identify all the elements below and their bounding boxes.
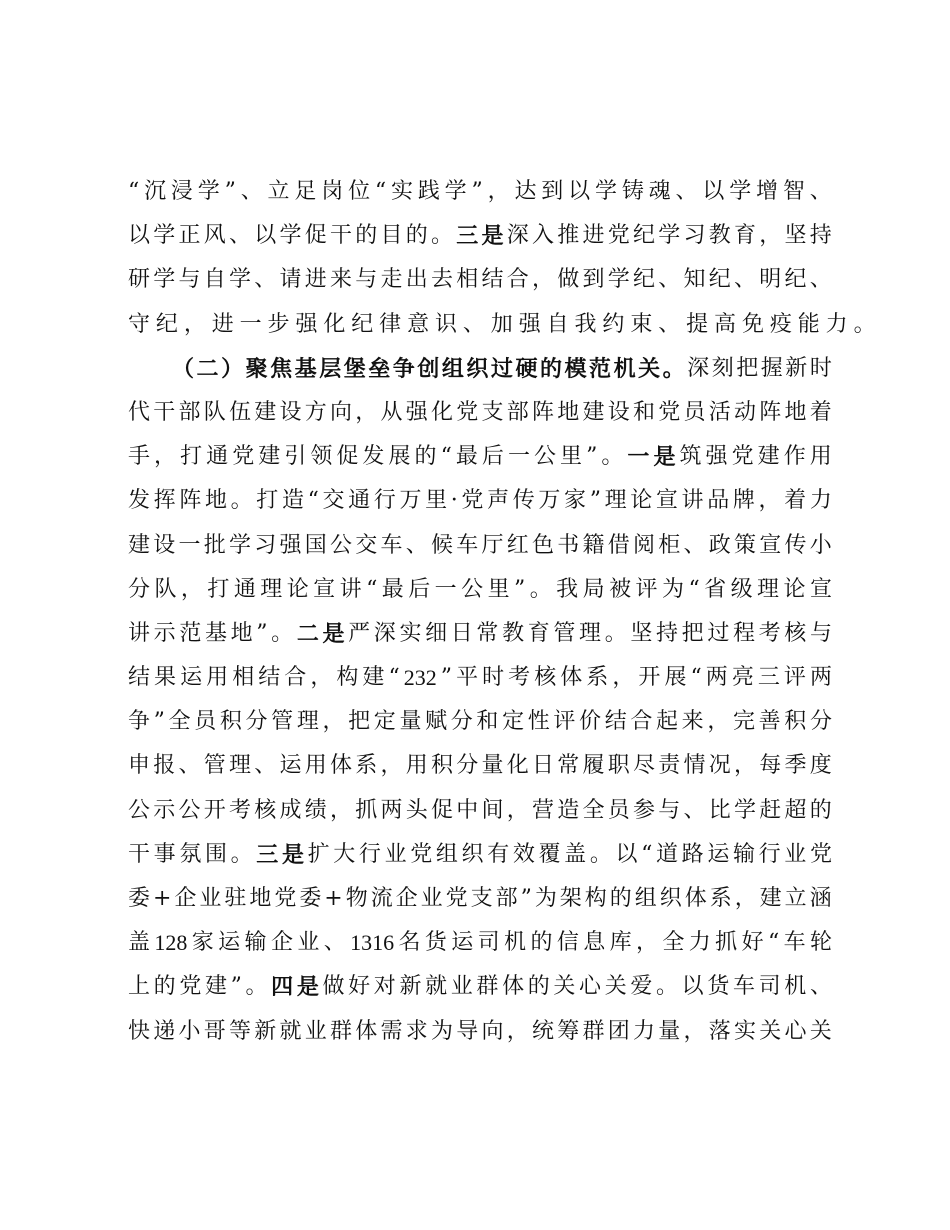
text-char: 公 bbox=[534, 435, 556, 479]
text-char: 体 bbox=[330, 744, 352, 788]
text-char: 家 bbox=[192, 921, 214, 965]
text-char: 128 bbox=[154, 921, 187, 965]
text-char: 里 bbox=[560, 435, 582, 479]
text-char: 以 bbox=[568, 170, 590, 214]
bold-text: 是 bbox=[482, 214, 504, 258]
text-char: 用 bbox=[810, 435, 832, 479]
text-char: 体 bbox=[685, 877, 707, 921]
bold-text: 争 bbox=[393, 347, 415, 391]
text-char: 积 bbox=[784, 700, 806, 744]
text-char: ， bbox=[507, 789, 529, 833]
text-char: ， bbox=[330, 789, 352, 833]
text-char: 约 bbox=[602, 303, 630, 347]
text-char: 万 bbox=[399, 479, 421, 523]
text-char: 运 bbox=[280, 744, 302, 788]
text-char: 业 bbox=[385, 833, 407, 877]
text-char: 量 bbox=[658, 1010, 680, 1054]
text-char: 量 bbox=[399, 700, 421, 744]
text-char: 建 bbox=[760, 877, 782, 921]
text-char: 一 bbox=[240, 303, 268, 347]
text-char: ， bbox=[184, 303, 212, 347]
text-char: 季 bbox=[785, 744, 807, 788]
text-char: 强 bbox=[295, 303, 323, 347]
text-char: 覆 bbox=[539, 833, 561, 877]
text-char: 疫 bbox=[770, 303, 798, 347]
text-line: 手，打通党建引领促发展的“最后一公里”。一是筑强党建作用 bbox=[128, 435, 832, 479]
text-char: 增 bbox=[756, 170, 778, 214]
text-char: 入 bbox=[532, 214, 554, 258]
text-char: 运 bbox=[707, 833, 729, 877]
text-char: 设 bbox=[280, 391, 302, 435]
text-char: 讲 bbox=[128, 612, 150, 656]
text-char: 。 bbox=[854, 303, 882, 347]
text-char: 通 bbox=[234, 568, 256, 612]
text-char: 织 bbox=[660, 877, 682, 921]
text-char: 促 bbox=[431, 789, 453, 833]
text-char: 伍 bbox=[229, 391, 251, 435]
text-char: 后 bbox=[408, 568, 430, 612]
text-char: 我 bbox=[556, 568, 578, 612]
text-char: 价 bbox=[579, 700, 601, 744]
text-char: 借 bbox=[608, 524, 630, 568]
text-char: 中 bbox=[456, 789, 478, 833]
text-char: 的 bbox=[355, 214, 377, 258]
text-char: 心 bbox=[785, 1010, 807, 1054]
text-char: 的 bbox=[154, 965, 176, 1009]
text-char: 群 bbox=[476, 965, 498, 1009]
text-char: 相 bbox=[232, 656, 254, 700]
text-char: 责 bbox=[658, 744, 680, 788]
text-char: 。 bbox=[231, 479, 253, 523]
text-char: ” bbox=[231, 965, 242, 1009]
text-char: 自 bbox=[547, 303, 575, 347]
text-char: 与 bbox=[355, 258, 377, 302]
text-char: 两 bbox=[706, 656, 728, 700]
text-char: 定 bbox=[374, 700, 396, 744]
text-char: 管 bbox=[553, 612, 575, 656]
text-char: 成 bbox=[280, 789, 302, 833]
bold-text: （ bbox=[172, 347, 194, 391]
text-char: 活 bbox=[709, 391, 731, 435]
bold-text: 垒 bbox=[368, 347, 390, 391]
text-char: 车 bbox=[456, 524, 478, 568]
text-char: 党 bbox=[179, 965, 201, 1009]
text-char: 政 bbox=[709, 524, 731, 568]
text-line: 研学与自学、请进来与走出去相结合，做到学纪、知纪、明纪、 bbox=[128, 258, 832, 302]
text-char: 积 bbox=[220, 700, 242, 744]
text-char: 赋 bbox=[425, 700, 447, 744]
text-char: 的 bbox=[415, 435, 437, 479]
text-char: 论 bbox=[783, 568, 805, 612]
text-char: 结 bbox=[605, 700, 627, 744]
text-char: 就 bbox=[280, 1010, 302, 1054]
text-char: 参 bbox=[633, 789, 655, 833]
text-char: 后 bbox=[482, 435, 504, 479]
bold-text: ） bbox=[221, 347, 243, 391]
text-char: 促 bbox=[305, 214, 327, 258]
text-char: 持 bbox=[656, 612, 678, 656]
text-char: ， bbox=[735, 877, 757, 921]
text-char: 。 bbox=[605, 612, 627, 656]
text-char: 支 bbox=[471, 877, 493, 921]
text-char: 。 bbox=[530, 568, 552, 612]
text-char: 和 bbox=[633, 391, 655, 435]
text-char: 、 bbox=[810, 258, 832, 302]
text-char: 把 bbox=[736, 347, 758, 391]
text-char: 着 bbox=[784, 479, 806, 523]
text-char: 意 bbox=[407, 303, 435, 347]
text-char: 促 bbox=[336, 435, 358, 479]
text-char: 宣 bbox=[656, 479, 678, 523]
text-char: 行 bbox=[359, 833, 381, 877]
text-char: 合 bbox=[630, 700, 652, 744]
text-char: 挥 bbox=[154, 479, 176, 523]
text-char: 委 bbox=[128, 877, 150, 921]
text-char: 实 bbox=[734, 1010, 756, 1054]
text-char: 。 bbox=[271, 612, 293, 656]
text-char: 与 bbox=[179, 258, 201, 302]
text-char: 知 bbox=[684, 258, 706, 302]
text-char: 论 bbox=[287, 568, 309, 612]
text-char: 1316 bbox=[350, 921, 394, 965]
text-char: 坚 bbox=[785, 214, 807, 258]
text-char: 手 bbox=[128, 435, 150, 479]
text-char: 车 bbox=[784, 921, 806, 965]
text-line: 讲示范基地”。二是严深实细日常教育管理。坚持把过程考核与 bbox=[128, 612, 832, 656]
text-char: 的 bbox=[810, 789, 832, 833]
text-char: 考 bbox=[508, 656, 530, 700]
text-line: 上的党建”。四是做好对新就业群体的关心关爱。以货车司机、 bbox=[128, 965, 832, 1009]
bold-text: 是 bbox=[282, 833, 304, 877]
text-char: 、 bbox=[684, 789, 706, 833]
text-char: 、 bbox=[324, 921, 346, 965]
text-char: 两 bbox=[810, 656, 832, 700]
text-char: 柜 bbox=[658, 524, 680, 568]
text-char: 管 bbox=[204, 744, 226, 788]
text-char: 运 bbox=[180, 656, 202, 700]
bold-text: 硬 bbox=[515, 347, 537, 391]
text-char: 把 bbox=[348, 700, 370, 744]
text-char: 强 bbox=[519, 303, 547, 347]
text-char: · bbox=[451, 479, 458, 523]
text-char: “ bbox=[688, 568, 699, 612]
text-char: 架 bbox=[560, 877, 582, 921]
text-char: 盖 bbox=[128, 921, 150, 965]
text-char: 间 bbox=[482, 789, 504, 833]
text-char: “ bbox=[690, 656, 701, 700]
text-char: 被 bbox=[609, 568, 631, 612]
text-char: 深 bbox=[687, 347, 709, 391]
text-char: 效 bbox=[513, 833, 535, 877]
bold-text: 是 bbox=[653, 435, 675, 479]
text-char: 分 bbox=[128, 568, 150, 612]
text-char: 用 bbox=[406, 744, 428, 788]
text-char: 赶 bbox=[759, 789, 781, 833]
text-char: 体 bbox=[355, 1010, 377, 1054]
text-char: 纪 bbox=[351, 303, 379, 347]
text-char: 小 bbox=[810, 524, 832, 568]
text-char: 况 bbox=[709, 744, 731, 788]
text-char: 为 bbox=[662, 568, 684, 612]
text-char: 建 bbox=[128, 524, 150, 568]
text-char: 强 bbox=[706, 435, 728, 479]
text-char: 员 bbox=[194, 700, 216, 744]
text-char: 来 bbox=[330, 258, 352, 302]
bold-text: 三 bbox=[256, 833, 278, 877]
text-char: 大 bbox=[333, 833, 355, 877]
text-char: 纪 bbox=[156, 303, 184, 347]
text-line: 发挥阵地。打造“交通行万里·党声传万家”理论宣讲品牌，着力 bbox=[128, 479, 832, 523]
text-char: 握 bbox=[761, 347, 783, 391]
bold-text: 二 bbox=[297, 612, 319, 656]
text-char: 引 bbox=[284, 435, 306, 479]
text-char: 合 bbox=[284, 656, 306, 700]
text-char: 讲 bbox=[682, 479, 704, 523]
text-char: 建 bbox=[258, 435, 280, 479]
text-char: 业 bbox=[199, 877, 221, 921]
bold-text: 层 bbox=[319, 347, 341, 391]
text-char: 持 bbox=[810, 214, 832, 258]
text-char: 群 bbox=[583, 1010, 605, 1054]
text-char: 理 bbox=[297, 700, 319, 744]
text-char: 、 bbox=[810, 965, 832, 1009]
text-char: ” bbox=[256, 612, 267, 656]
text-char: 分 bbox=[451, 700, 473, 744]
text-char: 亮 bbox=[732, 656, 754, 700]
text-char: 力 bbox=[826, 303, 854, 347]
text-char: 一 bbox=[435, 568, 457, 612]
text-char: 育 bbox=[528, 612, 550, 656]
text-char: 部 bbox=[507, 391, 529, 435]
bold-text: 一 bbox=[627, 435, 649, 479]
text-char: 党 bbox=[456, 391, 478, 435]
text-char: 织 bbox=[462, 833, 484, 877]
text-char: 对 bbox=[374, 965, 396, 1009]
text-char: 示 bbox=[153, 789, 175, 833]
text-char: 团 bbox=[608, 1010, 630, 1054]
text-char: ， bbox=[181, 568, 203, 612]
text-char: 宣 bbox=[810, 568, 832, 612]
bold-text: 机 bbox=[614, 347, 636, 391]
text-char: 发 bbox=[362, 435, 384, 479]
text-char: ” bbox=[154, 700, 165, 744]
text-char: 关 bbox=[553, 965, 575, 1009]
text-char: 魂 bbox=[649, 170, 671, 214]
text-char: 筑 bbox=[680, 435, 702, 479]
text-char: 支 bbox=[482, 391, 504, 435]
text-char: 深 bbox=[507, 214, 529, 258]
text-char: 评 bbox=[553, 700, 575, 744]
text-char: 学 bbox=[153, 214, 175, 258]
text-char: 超 bbox=[785, 789, 807, 833]
text-char: 筹 bbox=[557, 1010, 579, 1054]
bold-text: 的 bbox=[540, 347, 562, 391]
text-char: 部 bbox=[179, 391, 201, 435]
text-char: 通 bbox=[206, 435, 228, 479]
text-char: 、 bbox=[810, 170, 832, 214]
text-line: 结果运用相结合，构建“232”平时考核体系，开展“两亮三评两 bbox=[128, 656, 832, 700]
text-char: 需 bbox=[381, 1010, 403, 1054]
text-char: 以 bbox=[128, 214, 150, 258]
text-char: 理 bbox=[605, 479, 627, 523]
text-line: 盖128家运输企业、1316名货运司机的信息库，全力抓好“车轮 bbox=[128, 921, 832, 965]
text-char: 识 bbox=[435, 303, 463, 347]
text-char: “ bbox=[768, 921, 779, 965]
text-char: 有 bbox=[487, 833, 509, 877]
text-char: 轮 bbox=[810, 921, 832, 965]
text-char: 定 bbox=[502, 700, 524, 744]
text-char: ， bbox=[532, 258, 554, 302]
text-char: ” bbox=[441, 656, 452, 700]
text-char: 进 bbox=[305, 258, 327, 302]
text-char: 公 bbox=[330, 524, 352, 568]
text-char: ， bbox=[381, 744, 403, 788]
text-char: 批 bbox=[204, 524, 226, 568]
text-char: 企 bbox=[174, 877, 196, 921]
bold-text: 四 bbox=[271, 965, 293, 1009]
text-char: 学 bbox=[608, 258, 630, 302]
text-char: 智 bbox=[783, 170, 805, 214]
text-char: 里 bbox=[425, 479, 447, 523]
text-char: 系 bbox=[710, 877, 732, 921]
text-char: 关 bbox=[605, 965, 627, 1009]
text-char: 和 bbox=[476, 700, 498, 744]
text-char: 学 bbox=[658, 214, 680, 258]
text-char: 理 bbox=[260, 568, 282, 612]
text-char: 、 bbox=[658, 258, 680, 302]
text-char: 与 bbox=[810, 612, 832, 656]
text-char: 干 bbox=[128, 833, 150, 877]
text-char: 司 bbox=[478, 921, 500, 965]
text-char: ， bbox=[707, 700, 729, 744]
text-char: ” bbox=[590, 479, 601, 523]
text-char: 涵 bbox=[810, 877, 832, 921]
text-char: 实 bbox=[399, 612, 421, 656]
text-char: 评 bbox=[636, 568, 658, 612]
text-char: 党 bbox=[608, 214, 630, 258]
text-char: 地 bbox=[205, 479, 227, 523]
text-char: 。 bbox=[656, 965, 678, 1009]
text-char: 足 bbox=[294, 170, 316, 214]
text-char: 日 bbox=[532, 744, 554, 788]
text-char: 进 bbox=[583, 214, 605, 258]
text-char: 信 bbox=[557, 921, 579, 965]
text-char: 好 bbox=[742, 921, 764, 965]
text-char: 地 bbox=[557, 391, 579, 435]
text-char: 性 bbox=[528, 700, 550, 744]
bold-text: 模 bbox=[565, 347, 587, 391]
text-char: 的 bbox=[528, 965, 550, 1009]
text-char: 结 bbox=[258, 656, 280, 700]
text-char: 委 bbox=[299, 877, 321, 921]
text-char: 开 bbox=[204, 789, 226, 833]
bold-text: 过 bbox=[491, 347, 513, 391]
text-char: 党 bbox=[461, 479, 483, 523]
text-char: “ bbox=[641, 833, 652, 877]
text-char: 目 bbox=[381, 214, 403, 258]
text-char: 强 bbox=[280, 524, 302, 568]
text-char: 党 bbox=[232, 435, 254, 479]
bold-text: 堡 bbox=[344, 347, 366, 391]
text-char: 理 bbox=[229, 744, 251, 788]
text-char: 部 bbox=[496, 877, 518, 921]
text-char: 核 bbox=[534, 656, 556, 700]
text-char: 声 bbox=[487, 479, 509, 523]
text-char: 群 bbox=[330, 1010, 352, 1054]
text-char: 围 bbox=[205, 833, 227, 877]
text-char: 正 bbox=[179, 214, 201, 258]
text-char: 干 bbox=[153, 391, 175, 435]
text-char: 以 bbox=[254, 214, 276, 258]
text-char: 律 bbox=[379, 303, 407, 347]
text-char: 做 bbox=[557, 258, 579, 302]
text-char: 关 bbox=[759, 1010, 781, 1054]
text-char: 、 bbox=[676, 170, 698, 214]
text-char: 车 bbox=[381, 524, 403, 568]
text-char: 运 bbox=[451, 921, 473, 965]
text-char: 到 bbox=[583, 258, 605, 302]
text-char: 范 bbox=[179, 612, 201, 656]
text-char: 宣 bbox=[759, 524, 781, 568]
text-char: 国 bbox=[305, 524, 327, 568]
text-char: 行 bbox=[374, 479, 396, 523]
text-char: 进 bbox=[212, 303, 240, 347]
text-line: 申报、管理、运用体系，用积分量化日常履职尽责情况，每季度 bbox=[128, 744, 832, 788]
text-char: 位 bbox=[348, 170, 370, 214]
text-char: 绩 bbox=[305, 789, 327, 833]
bold-text: 基 bbox=[295, 347, 317, 391]
text-char: 心 bbox=[579, 965, 601, 1009]
text-char: 每 bbox=[759, 744, 781, 788]
text-char: 公 bbox=[461, 568, 483, 612]
text-char: 免 bbox=[742, 303, 770, 347]
text-char: 领 bbox=[310, 435, 332, 479]
text-char: 时 bbox=[810, 347, 832, 391]
text-char: 道 bbox=[656, 833, 678, 877]
text-char: 走 bbox=[381, 258, 403, 302]
text-char: 打 bbox=[180, 435, 202, 479]
text-line: 分队，打通理论宣讲“最后一公里”。我局被评为“省级理论宣 bbox=[128, 568, 832, 612]
text-char: 就 bbox=[425, 965, 447, 1009]
text-char: 阵 bbox=[532, 391, 554, 435]
text-char: 学 bbox=[729, 170, 751, 214]
text-char: “ bbox=[375, 170, 386, 214]
text-char: 阅 bbox=[633, 524, 655, 568]
text-char: 积 bbox=[431, 744, 453, 788]
text-char: 地 bbox=[231, 612, 253, 656]
text-char: 一 bbox=[179, 524, 201, 568]
text-char: 的 bbox=[610, 877, 632, 921]
text-line: 争”全员积分管理，把定量赋分和定性评价结合起来，完善积分 bbox=[128, 700, 832, 744]
text-char: 争 bbox=[128, 700, 150, 744]
text-char: 候 bbox=[431, 524, 453, 568]
text-char: 造 bbox=[282, 479, 304, 523]
text-char: 建 bbox=[254, 391, 276, 435]
text-line: 快递小哥等新就业群体需求为导向，统筹群团力量，落实关心关 bbox=[128, 1010, 832, 1054]
text-char: 学 bbox=[153, 258, 175, 302]
text-char: 尽 bbox=[633, 744, 655, 788]
text-char: 干 bbox=[330, 214, 352, 258]
text-char: 推 bbox=[557, 214, 579, 258]
bold-text: 。 bbox=[663, 347, 685, 391]
text-char: 等 bbox=[229, 1010, 251, 1054]
bold-text: 焦 bbox=[270, 347, 292, 391]
text-char: 与 bbox=[658, 789, 680, 833]
text-char: 籍 bbox=[583, 524, 605, 568]
text-char: 加 bbox=[491, 303, 519, 347]
text-char: 高 bbox=[714, 303, 742, 347]
text-char: 做 bbox=[322, 965, 344, 1009]
